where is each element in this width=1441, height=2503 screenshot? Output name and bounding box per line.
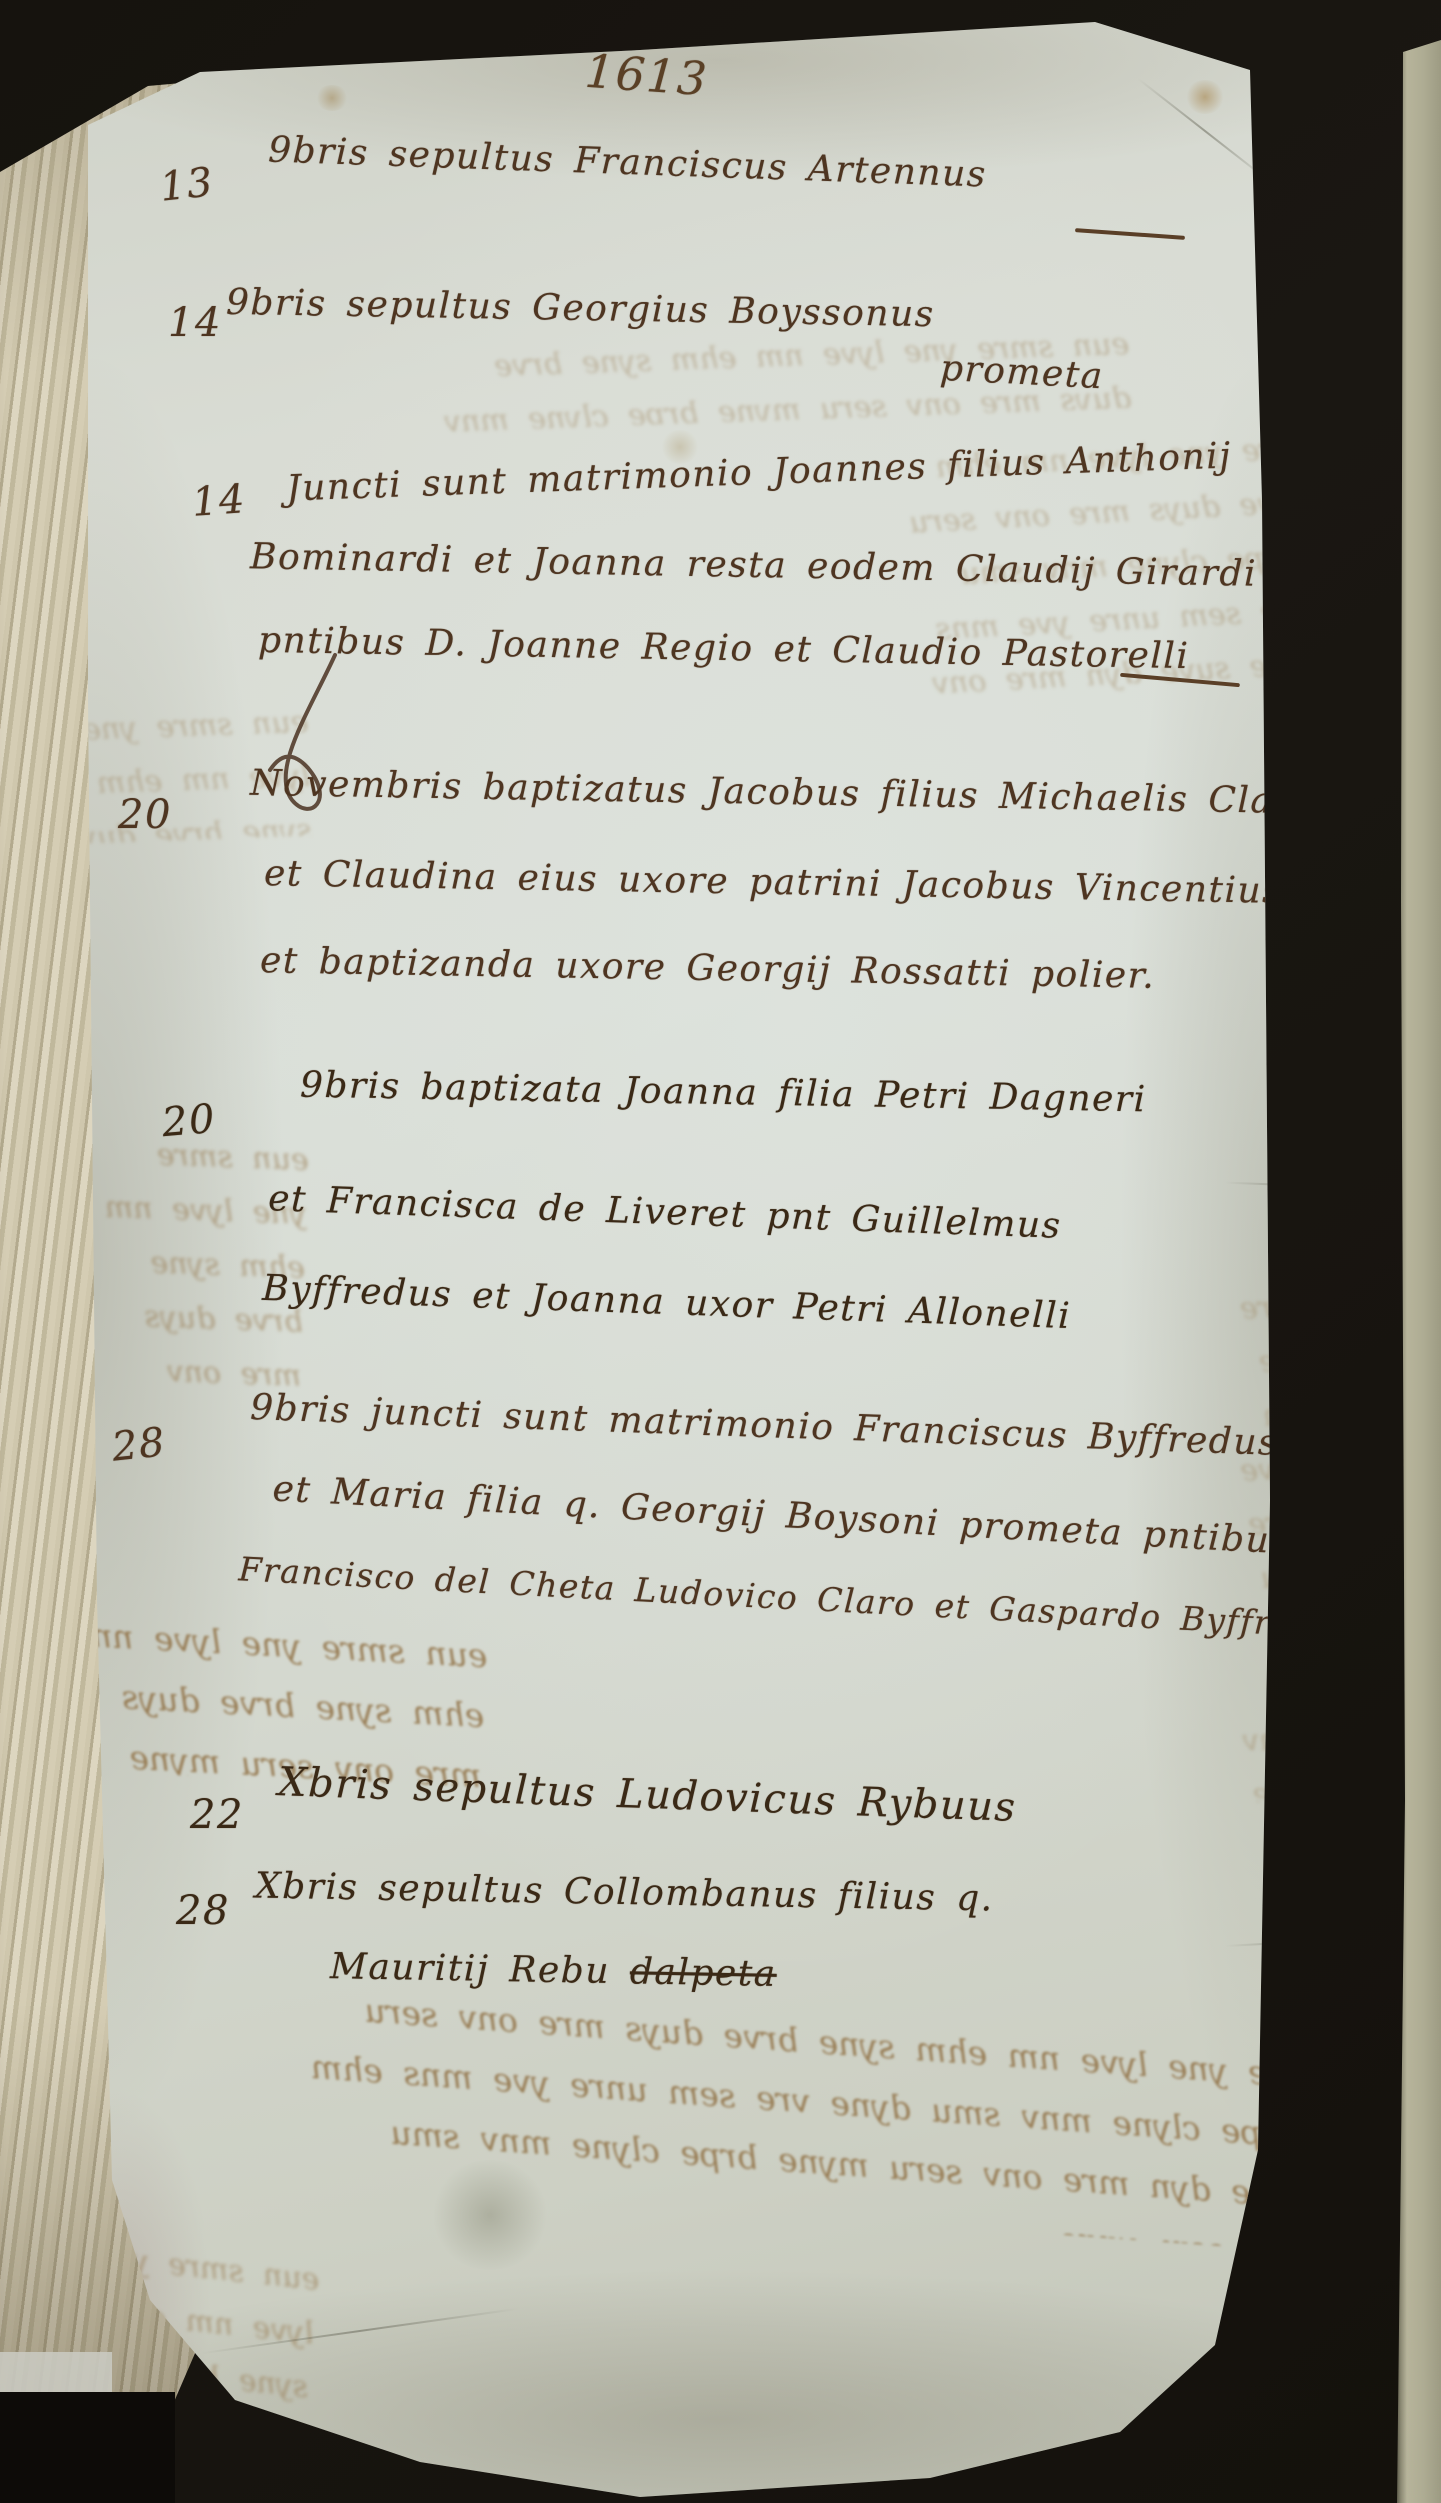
paper-stain [1295,2215,1375,2310]
adjacent-page-edge [1397,0,1441,2503]
manuscript-page: eun smre yne lyve nm ehm syne brve duys … [0,0,1441,2503]
page-year: 1613 [583,44,710,106]
paper-stain [1330,1180,1364,1210]
photo-background: eun smre yne lyve nm ehm syne brve duys … [0,0,1441,2503]
page-shading [0,0,1441,2503]
entry-day-number: 28 [176,1888,230,1934]
entry-day-number: 20 [160,1096,218,1147]
struck-word: dalpeta [630,1951,778,1995]
entry-day-number: 28 [110,1419,168,1470]
entry-day-number: 14 [190,476,247,526]
entry-day-number: 20 [118,792,172,838]
register-entry-line: prometa [939,348,1105,398]
bottom-left-shadow [0,2392,175,2503]
entry-day-number: 22 [190,1792,244,1838]
register-entry-line: Mauritij Rebu dalpeta [330,1946,777,1995]
binding-paper-sliver [0,2352,112,2392]
entry-line-text: Mauritij Rebu [330,1946,611,1992]
entry-day-number: 13 [158,159,216,210]
entry-day-number: 14 [168,300,222,346]
